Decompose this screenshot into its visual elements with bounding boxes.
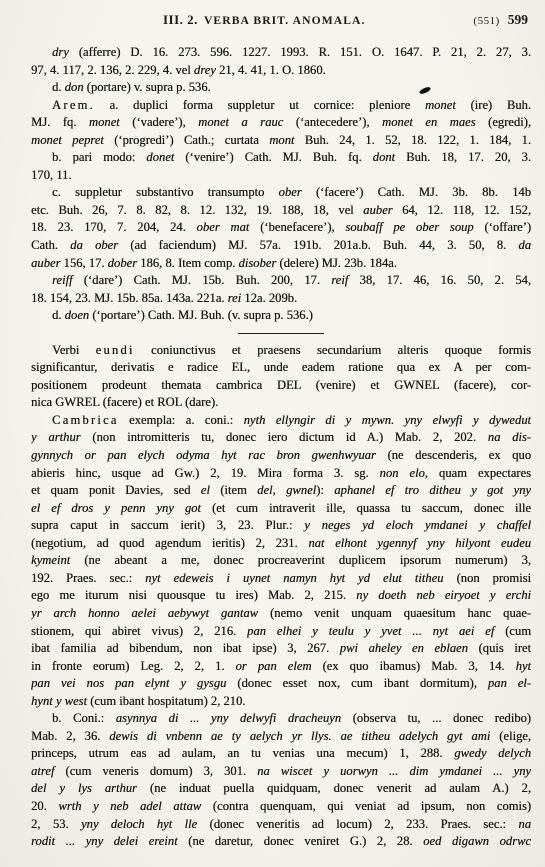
cited-form: ober (279, 185, 302, 199)
text-line: dry (afferre) D. 16. 273. 596. 1227. 199… (31, 44, 531, 62)
body-text-run: , quam expectares (425, 466, 531, 480)
text-line: auber 156, 17. dober 186, 8. Item comp. … (31, 255, 531, 273)
body-text-run: Cambrica (52, 413, 119, 427)
text-line: nica GWREL (facere) et ROL (dare). (31, 394, 531, 412)
cited-form: auber (363, 203, 392, 217)
text-line: reiff (‘dare’) Cath. MJ. 15b. Buh. 200, … (31, 272, 531, 290)
body-text-run: stionem, qui abiret vivus) 2, 216. (31, 624, 247, 638)
cited-form: da (518, 238, 531, 252)
body-text-run: exempla: a. coni.: (119, 413, 244, 427)
text-line: gynnych or pan elych odyma hyt rac bron … (31, 447, 531, 465)
cited-form: nat elhont ygennyf yny hilyont eudeu (308, 536, 531, 550)
text-line: 170, 11. (31, 167, 531, 185)
cited-form: da ober (70, 238, 118, 252)
body-text-run: eundi (96, 343, 135, 357)
text-line: MJ. fq. monet (‘vadere’), monet a rauc (… (31, 114, 531, 132)
text-line: significantur, derivatis e radice EL, un… (31, 359, 531, 377)
text-line: (negotium, ad quod agendum ieritis) 2, 2… (31, 535, 531, 553)
body-text-run: (ne daretur, donec veniret G.) 2, 28. (178, 834, 424, 848)
cited-form: monet a rauc (198, 115, 283, 129)
cited-form: hynt y west (31, 694, 87, 708)
text-line: 192. Praes. sec.: nyt edeweis i uynet na… (31, 570, 531, 588)
body-text-run: 156, 17. (60, 256, 107, 270)
body-text-run: Cath. (31, 238, 70, 252)
body-text-run: (item (210, 483, 257, 497)
body-text-run: 18. 23. 170, 7. 204, 24. (31, 220, 197, 234)
cited-form: dober (108, 256, 137, 270)
cited-form: wrth y neb adel attaw (58, 799, 201, 813)
body-text-run: 2, 53. (31, 817, 81, 831)
section-divider (238, 333, 324, 334)
text-line: positionem prodeunt themata cambrica DEL… (31, 377, 531, 395)
text-line: Cath. da ober (ad faciendum) MJ. 57a. 19… (31, 237, 531, 255)
text-line: Cambrica exempla: a. coni.: nyth ellyngi… (31, 412, 531, 430)
cited-form: dewis di vnbenn ae ty aelych yr llys. ae… (109, 729, 490, 743)
body-text-run: nica GWREL (facere) et ROL (dare). (31, 395, 218, 409)
body-text-run: 170, 11. (31, 168, 71, 182)
body-text-run: (‘venire’) Cath. MJ. Buh. fq. (174, 150, 372, 164)
body-text-run: (‘benefacere’), (249, 220, 345, 234)
body-text-run: significantur, derivatis e radice EL, un… (31, 360, 531, 374)
body-text-run: (cum veneris domum) 3, 301. (54, 764, 257, 778)
body-text-run: ibat familia ad bibendum, non ibat ipse)… (31, 641, 340, 655)
body-text-run: Arem. (52, 98, 95, 112)
text-line: etc. Buh. 26, 7. 8. 82, 8. 12. 132, 19. … (31, 202, 531, 220)
text-line: atref (cum veneris domum) 3, 301. na wis… (31, 763, 531, 781)
cited-form: monet pepret (31, 133, 104, 147)
body-text-run: (donec esset nox, cum ibant dormitum), (226, 676, 488, 690)
text-line: 18. 23. 170, 7. 204, 24. ober mat (‘bene… (31, 219, 531, 237)
cited-form: atref (31, 764, 54, 778)
body-text-run: (nemo venit unquam quaesitum hanc quae- (258, 606, 531, 620)
text-line: Mab. 2, 36. dewis di vnbenn ae ty aelych… (31, 728, 531, 746)
section-label: III. 2. (163, 12, 198, 27)
body-text-run: (portare) v. supra p. 536. (83, 80, 210, 94)
body-text-run: (cum ibant hospitatum) 2, 210. (87, 694, 245, 708)
body-text-run: MJ. fq. (31, 115, 89, 129)
cited-form: hyt (516, 659, 531, 673)
body-text-run: (‘vadere’), (120, 115, 198, 129)
body-text-run: (egredi), (476, 115, 531, 129)
cited-form: monet (425, 98, 456, 112)
body-text-run: 186, 8. Item comp. (137, 256, 238, 270)
cited-form: del, gwnel (257, 483, 316, 497)
text-line: ibat familia ad bibendum, non ibat ipse)… (31, 640, 531, 658)
body-text-run: princeps, utrum eas ad aulam, an tu veni… (31, 746, 454, 760)
cited-form: dont (373, 150, 395, 164)
body-text-run: (quis iret (468, 641, 531, 655)
body-text-run: (afferre) D. 16. 273. 596. 1227. 1993. R… (69, 45, 531, 59)
body-text-run: (ne induat puella quidquam, donec veneri… (137, 781, 531, 795)
body-text-run: Buh. 18, 17. 20, 3. (395, 150, 531, 164)
page-body: dry (afferre) D. 16. 273. 596. 1227. 199… (31, 44, 531, 851)
text-line: Verbi eundi coniunctivus et praesens sec… (31, 342, 531, 360)
cited-form: pan el- (488, 676, 531, 690)
cited-form: monet en maes (382, 115, 476, 129)
body-text-run: (cum (494, 624, 531, 638)
body-text-run: (‘portare’) Cath. MJ. Buh. (v. supra p. … (89, 308, 313, 322)
body-text-run: Buh. 24, 1. 52, 18. 122, 1. 184, 1. (294, 133, 531, 147)
cited-form: pan vei nos pan elynt y gysgu (31, 676, 226, 690)
cited-form: auber (31, 256, 60, 270)
cited-form: donet (146, 150, 174, 164)
body-text-run: (‘facere’) Cath. MJ. 3b. 8b. 14b (302, 185, 531, 199)
body-text-run: 64, 12. 118, 12. 152, (393, 203, 531, 217)
paragraph: d. doen (‘portare’) Cath. MJ. Buh. (v. s… (31, 307, 531, 325)
cited-form: na (518, 817, 531, 831)
text-line: Arem. a. duplici forma suppletur ut corn… (31, 97, 531, 115)
cited-form: monet (89, 115, 120, 129)
paragraph: Cambrica exempla: a. coni.: nyth ellyngi… (31, 412, 531, 710)
text-line: ego me iturum nisi quousque tu ires) Mab… (31, 587, 531, 605)
cited-form: gwedy delych (454, 746, 531, 760)
cited-form: reif (331, 273, 348, 287)
paragraph: b. Coni.: asynnya di ... yny delwyfi dra… (31, 710, 531, 850)
body-text-run: (observa tu, ... donec redibo) (341, 711, 531, 725)
body-text-run: coniunctivus et praesens secundarium alt… (135, 343, 531, 357)
cited-form: nyt edeweis i uynet namyn hyt yd elut ti… (145, 571, 443, 585)
text-line: pan vei nos pan elynt y gysgu (donec ess… (31, 675, 531, 693)
body-text-run: positionem prodeunt themata cambrica DEL… (31, 378, 531, 392)
scanned-book-page: { "header": { "section_label": "III. 2."… (0, 0, 545, 867)
text-line: rodit ... yny delei ereint (ne daretur, … (31, 833, 531, 851)
text-line: b. pari modo: donet (‘venire’) Cath. MJ.… (31, 149, 531, 167)
text-line: y arthur (non intromitteris tu, donec ie… (31, 429, 531, 447)
body-text-run: (‘antecedere’), (283, 115, 382, 129)
text-line: supra caput in saccum ierit) 3, 23. Plur… (31, 517, 531, 535)
text-line: monet pepret (‘progredi’) Cath.; curtata… (31, 132, 531, 150)
cited-form: don (65, 80, 84, 94)
body-text-run: (et cum intraverit ille, quassa tu saccu… (201, 501, 531, 515)
body-text-run: 12a. 209b. (241, 291, 297, 305)
cited-form: doen (65, 308, 89, 322)
cited-form: rei (228, 291, 242, 305)
cited-form: ny doeth neb eiryoet y erchi (356, 588, 531, 602)
paragraph: reiff (‘dare’) Cath. MJ. 15b. Buh. 200, … (31, 272, 531, 307)
body-text-run: b. pari modo: (52, 150, 146, 164)
cited-form: nyth ellyngir di y mywn. yny elwyfi y dy… (244, 413, 531, 427)
body-text-run: Mab. 2, 36. (31, 729, 109, 743)
body-text-run: (non promisi (443, 571, 531, 585)
body-text-run: 21, 4. 41, 1. O. 1860. (216, 63, 326, 77)
body-text-run: ego me iturum nisi quousque tu ires) Mab… (31, 588, 356, 602)
cited-form: y arthur (31, 430, 81, 444)
body-text-run: abieris hinc, usque ad Gw.) 2, 19. Mira … (31, 466, 380, 480)
sheet-number: (551) (473, 15, 499, 27)
cited-form: aphanel ef tro ditheu y got yny (334, 483, 531, 497)
body-text-run: (ne abeant a me, donec procreaverint dup… (70, 553, 531, 567)
cited-form: ober mat (197, 220, 250, 234)
body-text-run: 192. Praes. sec.: (31, 571, 145, 585)
text-line: 2, 53. yny deloch hyt lle (donec venerit… (31, 816, 531, 834)
page-numbers: (551)599 (473, 11, 528, 29)
body-text-run: (‘progredi’) Cath.; curtata (104, 133, 269, 147)
body-text-run: (‘dare’) Cath. MJ. 15b. Buh. 200, 17. (73, 273, 332, 287)
cited-form: drey (194, 63, 216, 77)
body-text-run: b. Coni.: (52, 711, 116, 725)
page-header: III. 2.VERBA BRIT. ANOMALA. (551)599 (0, 11, 545, 31)
cited-form: del y lys arthur (31, 781, 137, 795)
cited-form: soubaff pe ober soup (345, 220, 473, 234)
text-line: abieris hinc, usque ad Gw.) 2, 19. Mira … (31, 465, 531, 483)
cited-form: kymeint (31, 553, 70, 567)
text-line: del y lys arthur (ne induat puella quidq… (31, 780, 531, 798)
body-text-run: (delere) MJ. 23b. 184a. (276, 256, 397, 270)
cited-form: disober (238, 256, 276, 270)
cited-form: rodit ... yny delei ereint (31, 834, 178, 848)
body-text-run: 97, 4. 117, 2. 136, 2. 229, 4. vel (31, 63, 194, 77)
running-head: III. 2.VERBA BRIT. ANOMALA. (163, 11, 366, 29)
paragraph: Arem. a. duplici forma suppletur ut corn… (31, 97, 531, 150)
body-text-run: (contra quenquam, qui veniat ad ipsum, n… (201, 799, 531, 813)
text-line: 97, 4. 117, 2. 136, 2. 229, 4. vel drey … (31, 62, 531, 80)
text-line: el ef dros y penn yny got (et cum intrav… (31, 500, 531, 518)
cited-form: yny deloch hyt lle (81, 817, 197, 831)
paragraph: d. don (portare) v. supra p. 536. (31, 79, 531, 97)
body-text-run: (negotium, ad quod agendum ieritis) 2, 2… (31, 536, 308, 550)
body-text-run: (donec veneritis ad locum) 2, 233. Praes… (197, 817, 518, 831)
body-text-run: (elige, (490, 729, 531, 743)
body-text-run: (ad faciendum) MJ. 57a. 191b. 201a.b. Bu… (118, 238, 518, 252)
body-text-run: ): (316, 483, 334, 497)
text-line: d. don (portare) v. supra p. 536. (31, 79, 531, 97)
cited-form: non elo (380, 466, 425, 480)
cited-form: gynnych or pan elych odyma hyt rac bron … (31, 448, 376, 462)
body-text-run: 20. (31, 799, 58, 813)
cited-form: mont (269, 133, 294, 147)
cited-form: el ef dros y penn yny got (31, 501, 201, 515)
text-line: yr arch honno aelei aebywyt gantaw (nemo… (31, 605, 531, 623)
body-text-run: in fronte eorum) Leg. 2, 2, 1. (31, 659, 236, 673)
cited-form: el (201, 483, 210, 497)
cited-form: or pan elem (236, 659, 312, 673)
text-line: et quam ponit Davies, sed el (item del, … (31, 482, 531, 500)
body-text-run: et quam ponit Davies, sed (31, 483, 201, 497)
text-line: stionem, qui abiret vivus) 2, 216. pan e… (31, 623, 531, 641)
text-line: c. suppletur substantivo transumpto ober… (31, 184, 531, 202)
paragraph: Verbi eundi coniunctivus et praesens sec… (31, 342, 531, 412)
cited-form: yr arch honno aelei aebywyt gantaw (31, 606, 258, 620)
cited-form: na wiscet y uorwyn ... dim ymdanei ... y… (257, 764, 531, 778)
paragraph: dry (afferre) D. 16. 273. 596. 1227. 199… (31, 44, 531, 79)
body-text-run: (‘offare’) (474, 220, 531, 234)
body-text-run: etc. Buh. 26, 7. 8. 82, 8. 12. 132, 19. … (31, 203, 363, 217)
body-text-run: supra caput in saccum ierit) 3, 23. Plur… (31, 518, 304, 532)
cited-form: na dis- (488, 430, 531, 444)
cited-form: oed digawn odrwc (423, 834, 531, 848)
text-line: 20. wrth y neb adel attaw (contra quenqu… (31, 798, 531, 816)
text-line: in fronte eorum) Leg. 2, 2, 1. or pan el… (31, 658, 531, 676)
body-text-run: (ne descenderis, ex quo (376, 448, 531, 462)
paragraph: b. pari modo: donet (‘venire’) Cath. MJ.… (31, 149, 531, 184)
cited-form: pwi aheley en eblaen (340, 641, 468, 655)
cited-form: y neges yd eloch ymdanei y chaffel (304, 518, 531, 532)
body-text-run: (non intromitteris tu, donec iero dictum… (81, 430, 488, 444)
body-text-run: Verbi (52, 343, 96, 357)
body-text-run: a. duplici forma suppletur ut cornice: p… (95, 98, 425, 112)
cited-form: reiff (52, 273, 73, 287)
running-title: VERBA BRIT. ANOMALA. (204, 14, 366, 27)
cited-form: pan elhei y teulu y yvet ... nyt aei ef (247, 624, 494, 638)
body-text-run: 38, 17. 46, 16. 50, 2. 54, (348, 273, 531, 287)
paragraph: c. suppletur substantivo transumpto ober… (31, 184, 531, 272)
text-line: hynt y west (cum ibant hospitatum) 2, 21… (31, 693, 531, 711)
body-text-run: (ire) Buh. (456, 98, 531, 112)
page-number: 599 (508, 12, 528, 27)
text-line: princeps, utrum eas ad aulam, an tu veni… (31, 745, 531, 763)
cited-form: dry (52, 45, 69, 59)
cited-form: asynnya di ... yny delwyfi dracheuyn (116, 711, 341, 725)
text-line: b. Coni.: asynnya di ... yny delwyfi dra… (31, 710, 531, 728)
body-text-run: d. (52, 308, 65, 322)
text-line: kymeint (ne abeant a me, donec procreave… (31, 552, 531, 570)
body-text-run: d. (52, 80, 65, 94)
body-text-run: 18. 154, 23. MJ. 15b. 85a. 143a. 221a. (31, 291, 228, 305)
body-text-run: c. suppletur substantivo transumpto (52, 185, 279, 199)
text-line: d. doen (‘portare’) Cath. MJ. Buh. (v. s… (31, 307, 531, 325)
body-text-run: (ex quo ibamus) Mab. 3, 14. (311, 659, 515, 673)
text-line: 18. 154, 23. MJ. 15b. 85a. 143a. 221a. r… (31, 290, 531, 308)
